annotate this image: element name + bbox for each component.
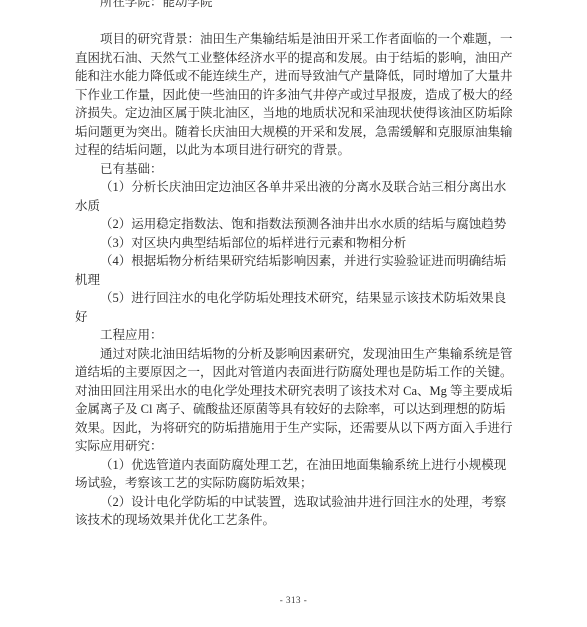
document-page: 所在学院：能动学院 项目的研究背景：油田生产集输结垢是油田开采工作者面临的一个难… — [0, 0, 587, 627]
body-lines: 项目的研究背景：油田生产集输结垢是油田开采工作者面临的一个难题，一直困扰石油、天… — [75, 30, 514, 530]
text-line: 垢问题更为突出。随着长庆油田大规模的开采和发展，急需缓解和克服原油集输 — [75, 123, 514, 142]
text-line: 道结垢的主要原因之一，因此对管道内表面进行防腐处理也是防垢工作的关键。 — [75, 363, 514, 382]
page-number: - 313 - — [280, 595, 308, 605]
text-line: （1）分析长庆油田定边油区各单井采出液的分离水及联合站三相分离出水 — [75, 178, 514, 197]
text-line: 对油田回注用采出水的电化学处理技术研究表明了该技术对 Ca、Mg 等主要成垢 — [75, 382, 514, 401]
text-line: 能和注水能力降低或不能连续生产，进而导致油气产量降低，同时增加了大量井 — [75, 67, 514, 86]
text-line: 过程的结垢问题，以此为本项目进行研究的背景。 — [75, 141, 514, 160]
text-line: 金属离子及 Cl 离子、硫酸盐还原菌等具有较好的去除率，可以达到理想的防垢 — [75, 400, 514, 419]
text-line: 机理 — [75, 271, 514, 290]
text-line: （5）进行回注水的电化学防垢处理技术研究，结果显示该技术防垢效果良 — [75, 289, 514, 308]
text-line: 效果。因此，为将研究的防垢措施用于生产实际，还需要从以下两方面入手进行 — [75, 419, 514, 438]
page-footer: - 313 - — [0, 595, 587, 605]
text-line: （2）运用稳定指数法、饱和指数法预测各油井出水水质的结垢与腐蚀趋势 — [75, 215, 514, 234]
document-text-block: 所在学院：能动学院 项目的研究背景：油田生产集输结垢是油田开采工作者面临的一个难… — [75, 0, 514, 530]
text-line: 该技术的现场效果并优化工艺条件。 — [75, 511, 514, 530]
text-line: 场试验，考察该工艺的实际防腐防垢效果； — [75, 474, 514, 493]
text-line: （1）优选管道内表面防腐处理工艺，在油田地面集输系统上进行小规模现 — [75, 456, 514, 475]
text-line: 实际应用研究： — [75, 437, 514, 456]
blank-line — [75, 12, 514, 31]
text-line: 直困扰石油、天然气工业整体经济水平的提高和发展。由于结垢的影响，油田产 — [75, 49, 514, 68]
text-line: 水质 — [75, 197, 514, 216]
text-line: （3）对区块内典型结垢部位的垢样进行元素和物相分析 — [75, 234, 514, 253]
text-line: 已有基础： — [75, 160, 514, 179]
clipped-header-line: 所在学院：能动学院 — [75, 0, 514, 12]
text-line: （2）设计电化学防垢的中试装置，选取试验油井进行回注水的处理，考察 — [75, 493, 514, 512]
text-line: 工程应用： — [75, 326, 514, 345]
text-line: 下作业工作量，因此使一些油田的许多油气井停产或过早报废，造成了极大的经 — [75, 86, 514, 105]
text-line: 济损失。定边油区属于陕北油区，当地的地质状况和采油现状使得该油区防垢除 — [75, 104, 514, 123]
text-line: （4）根据垢物分析结果研究结垢影响因素，并进行实验验证进而明确结垢 — [75, 252, 514, 271]
text-line: 项目的研究背景：油田生产集输结垢是油田开采工作者面临的一个难题，一 — [75, 30, 514, 49]
text-line: 好 — [75, 308, 514, 327]
text-line: 通过对陕北油田结垢物的分析及影响因素研究，发现油田生产集输系统是管 — [75, 345, 514, 364]
